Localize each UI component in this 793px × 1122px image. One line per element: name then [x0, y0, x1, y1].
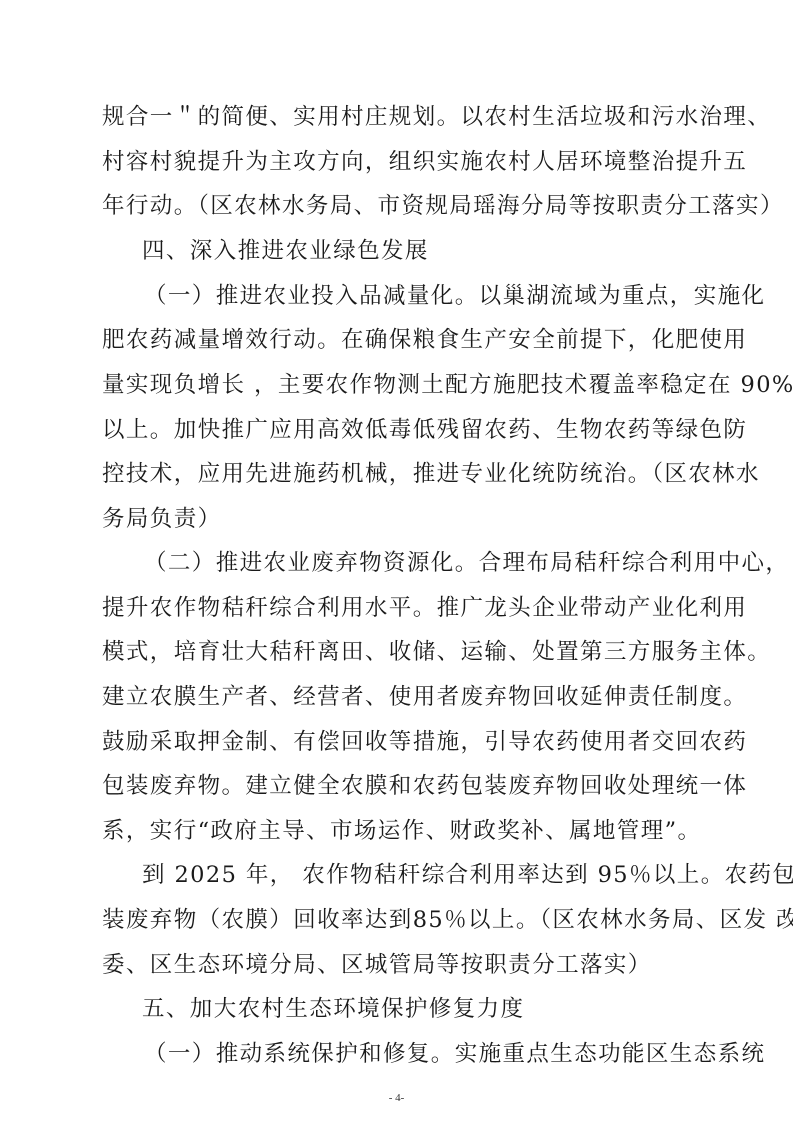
section-heading-5: 五、加大农村生态环境保护修复力度 [142, 995, 524, 1023]
section-heading-4: 四、深入推进农业绿色发展 [142, 237, 429, 265]
body-text-line: 务局负责） [102, 505, 222, 533]
body-text-line: 量实现负增长 ，主要农作物测土配方施肥技术覆盖率稳定在 90% [102, 371, 793, 399]
body-text-line: 委、区生态环境分局、区城管局等按职责分工落实） [102, 951, 652, 979]
document-page: 规合一＂的简便、实用村庄规划。以农村生活垃圾和污水治理、 村容村貌提升为主攻方向… [0, 0, 793, 1122]
body-text-line: 到 2025 年， 农作物秸秆综合利用率达到 95％以上。农药包 [142, 861, 793, 889]
body-text-line: 装废弃物（农膜）回收率达到85％以上。（区农林水务局、区发 改 [102, 906, 793, 934]
body-text-line: 村容村貌提升为主攻方向，组织实施农村人居环境整治提升五 [102, 148, 747, 176]
subsection-heading-4-2: （二）推进农业废弃物资源化。合理布局秸秆综合利用中心， [144, 549, 789, 577]
body-text-line: 鼓励采取押金制、有偿回收等措施，引导农药使用者交回农药 [102, 728, 747, 756]
subsection-heading-5-1: （一）推动系统保护和修复。实施重点生态功能区生态系统 [144, 1040, 765, 1068]
body-text-line: 规合一＂的简便、实用村庄规划。以农村生活垃圾和污水治理、 [102, 103, 771, 131]
body-text-line: 模式，培育壮大秸秆离田、收储、运输、处置第三方服务主体。 [102, 638, 771, 666]
body-text-line: 年行动。（区农林水务局、市资规局瑶海分局等按职责分工落实） [102, 192, 784, 220]
body-text-line: 建立农膜生产者、经营者、使用者废弃物回收延伸责任制度。 [102, 683, 747, 711]
subsection-heading-4-1: （一）推进农业投入品减量化。以巢湖流域为重点，实施化 [144, 282, 765, 310]
body-text-line: 控技术，应用先进施药机械，推进专业化统防统治。（区农林水 [102, 460, 760, 488]
body-text-line: 系，实行“政府主导、市场运作、财政奖补、属地管理”。 [102, 817, 701, 845]
page-number: - 4- [0, 1092, 793, 1104]
body-text-line: 包装废弃物。建立健全农膜和农药包装废弃物回收处理统一体 [102, 772, 747, 800]
body-text-line: 肥农药减量增效行动。在确保粮食生产安全前提下，化肥使用 [102, 326, 747, 354]
body-text-line: 提升农作物秸秆综合利用水平。推广龙头企业带动产业化利用 [102, 594, 747, 622]
body-text-line: 以上。加快推广应用高效低毒低残留农药、生物农药等绿色防 [102, 416, 747, 444]
